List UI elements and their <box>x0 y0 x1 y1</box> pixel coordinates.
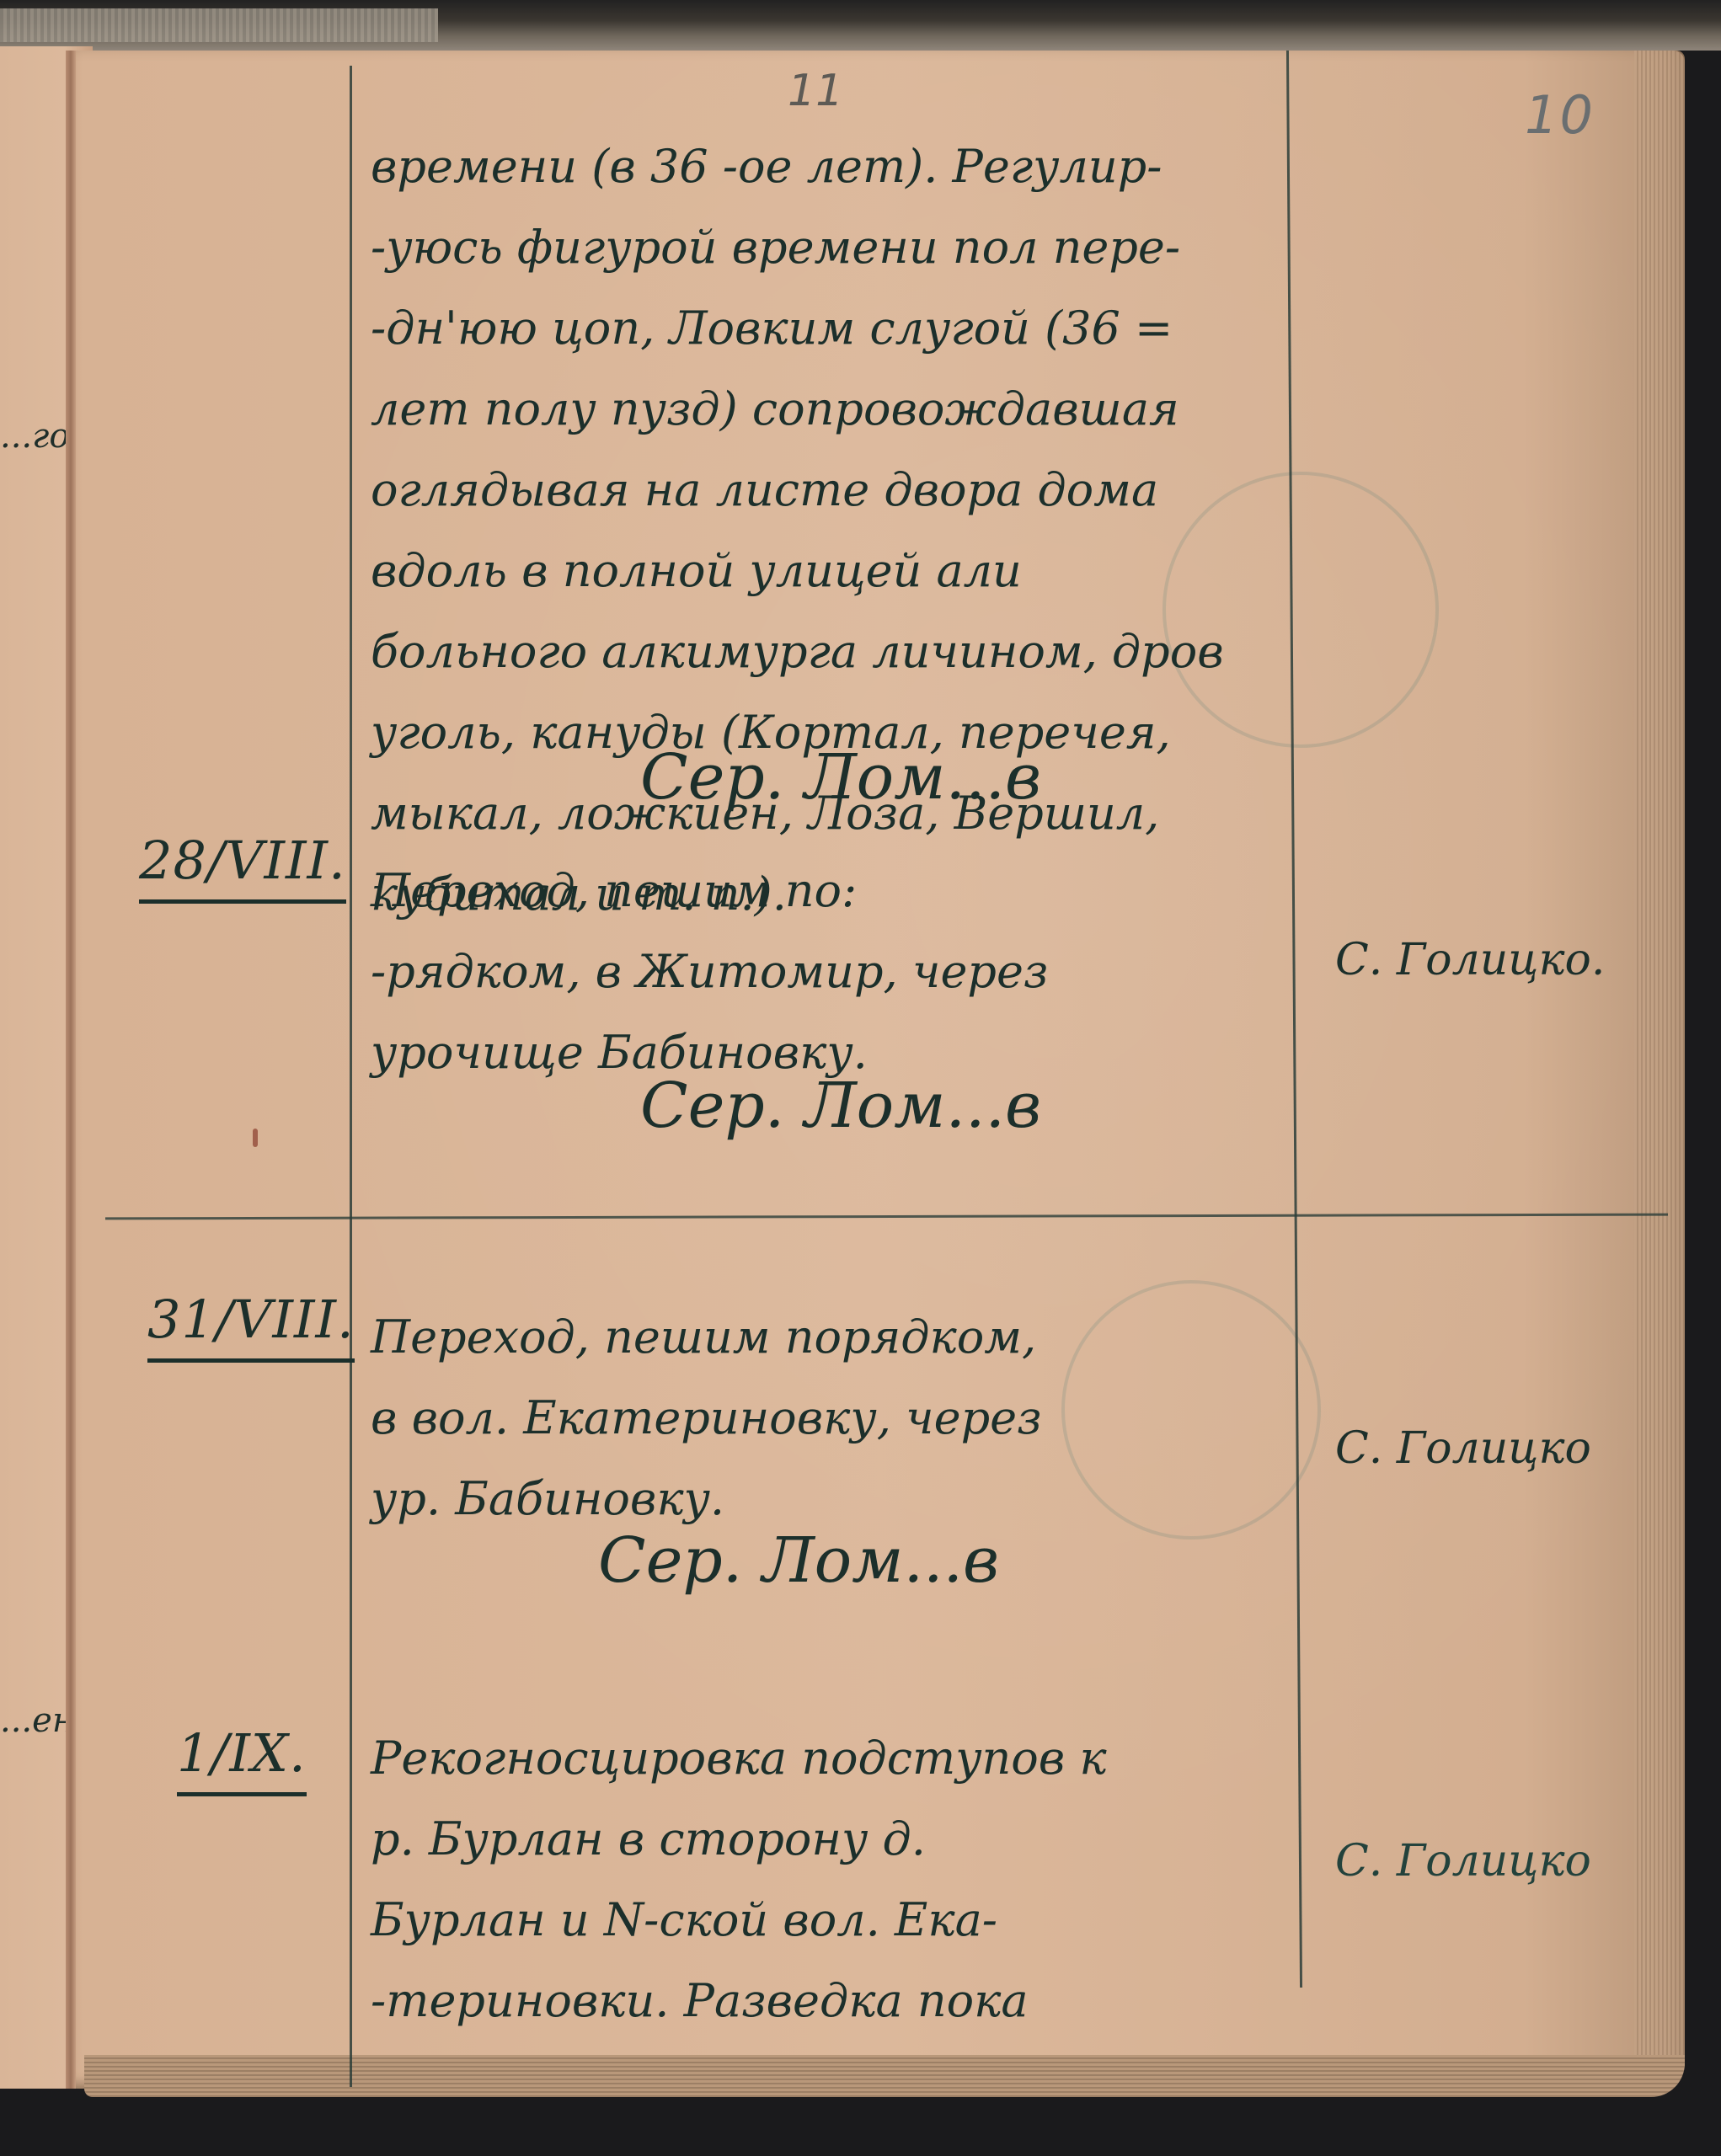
entry-line: Переход, пешим порядком, <box>371 1297 1314 1378</box>
officer-signature: Сер. Лом...в <box>640 1070 1041 1142</box>
responsible-signature: С. Голицко <box>1335 1423 1591 1474</box>
responsible-signature: С. Голицко <box>1335 1836 1591 1886</box>
folio-mark: 11 <box>788 66 843 116</box>
entry-line: в вол. Екатериновку, через <box>371 1378 1314 1459</box>
page-stack-bottom <box>84 2055 1685 2097</box>
previous-page-fragment: ...ен <box>0 1701 74 1740</box>
entry-text: Рекогносцировка подступов к р. Бурлан в … <box>371 1718 1314 2041</box>
entry-line: вдоль в полной улицей али <box>371 531 1314 611</box>
page-stack-edges <box>1634 51 1685 2089</box>
entry-line: -рядком, в Житомир, через <box>371 931 1314 1012</box>
previous-page-fragment: ...го <box>0 417 69 456</box>
entry-text: Переход, пешим порядком, в вол. Екатерин… <box>371 1297 1314 1540</box>
entry-line: Рекогносцировка подступов к <box>371 1718 1314 1799</box>
signature-text: Сер. Лом...в <box>598 1524 999 1597</box>
binding-cloth-tape <box>0 8 438 42</box>
entry-line: лет полу пузд) сопровождавшая <box>371 369 1314 450</box>
book-gutter <box>66 51 76 2089</box>
entry-line: -териновки. Разведка пока <box>371 1961 1314 2041</box>
entry-line: Бурлан и N-ской вол. Ека- <box>371 1880 1314 1961</box>
entry-text: Переход, пешим по: -рядком, в Житомир, ч… <box>371 851 1314 1093</box>
entry-date: 1/IX. <box>177 1722 307 1796</box>
ink-spot <box>253 1129 258 1147</box>
signature-text: Сер. Лом...в <box>640 741 1041 814</box>
entry-line: -дн'юю цоп, Ловким слугой (36 = <box>371 288 1314 369</box>
officer-signature: Сер. Лом...в <box>640 741 1041 814</box>
entry-text: времени (в 36 -ое лет). Регулир- -уюсь ф… <box>371 126 1314 935</box>
responsible-signature: С. Голицко. <box>1335 935 1605 985</box>
entry-date: 28/VIII. <box>139 830 346 904</box>
entry-date: 31/VIII. <box>147 1289 355 1363</box>
entry-line: времени (в 36 -ое лет). Регулир- <box>371 126 1314 207</box>
entry-line: оглядывая на листе двора дома <box>371 450 1314 531</box>
column-rule-date <box>350 66 352 2087</box>
entry-line: Переход, пешим по: <box>371 851 1314 931</box>
officer-signature: Сер. Лом...в <box>598 1524 999 1597</box>
entry-line: -уюсь фигурой времени пол пере- <box>371 207 1314 288</box>
entry-line: р. Бурлан в сторону д. <box>371 1799 1314 1880</box>
signature-text: Сер. Лом...в <box>640 1070 1041 1142</box>
page-number: 10 <box>1525 84 1595 146</box>
book-binding-top <box>0 0 1721 51</box>
entry-line: больного алкимурга личином, дров <box>371 611 1314 692</box>
